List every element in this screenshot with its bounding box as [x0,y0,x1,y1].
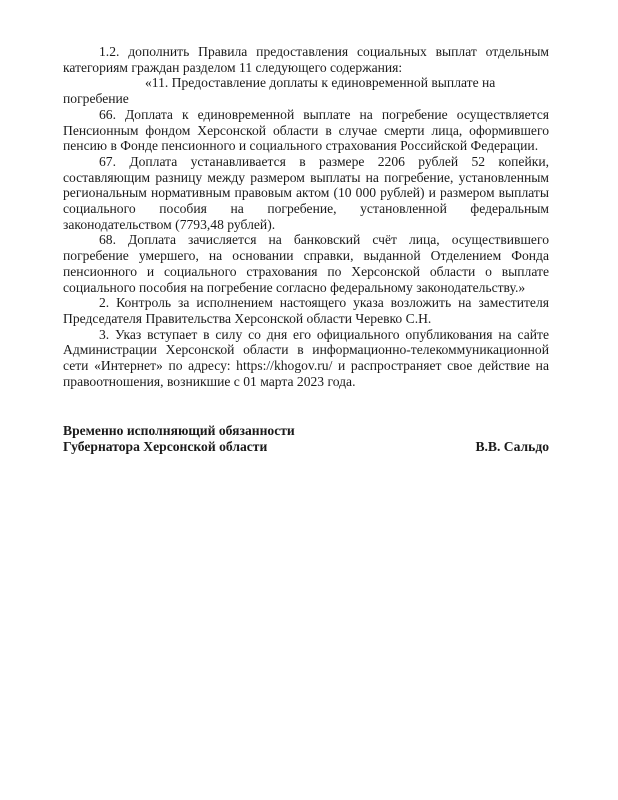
paragraph-3: 3. Указ вступает в силу со дня его офици… [63,327,549,390]
section-heading: «11. Предоставление доплаты к единовреме… [63,75,549,106]
signatory-name: В.В. Сальдо [475,439,549,455]
paragraph-1-2: 1.2. дополнить Правила предоставления со… [63,44,549,75]
paragraph-68: 68. Доплата зачисляется на банковский сч… [63,232,549,295]
paragraph-66: 66. Доплата к единовременной выплате на … [63,107,549,154]
signatory-title-line1: Временно исполняющий обязанности [63,423,295,439]
paragraph-67: 67. Доплата устанавливается в размере 22… [63,154,549,233]
signatory-title-line2: Губернатора Херсонской области [63,439,267,455]
signature-block: Временно исполняющий обязанности Губерна… [63,423,549,455]
document-body: 1.2. дополнить Правила предоставления со… [63,44,549,389]
paragraph-2: 2. Контроль за исполнением настоящего ук… [63,295,549,326]
